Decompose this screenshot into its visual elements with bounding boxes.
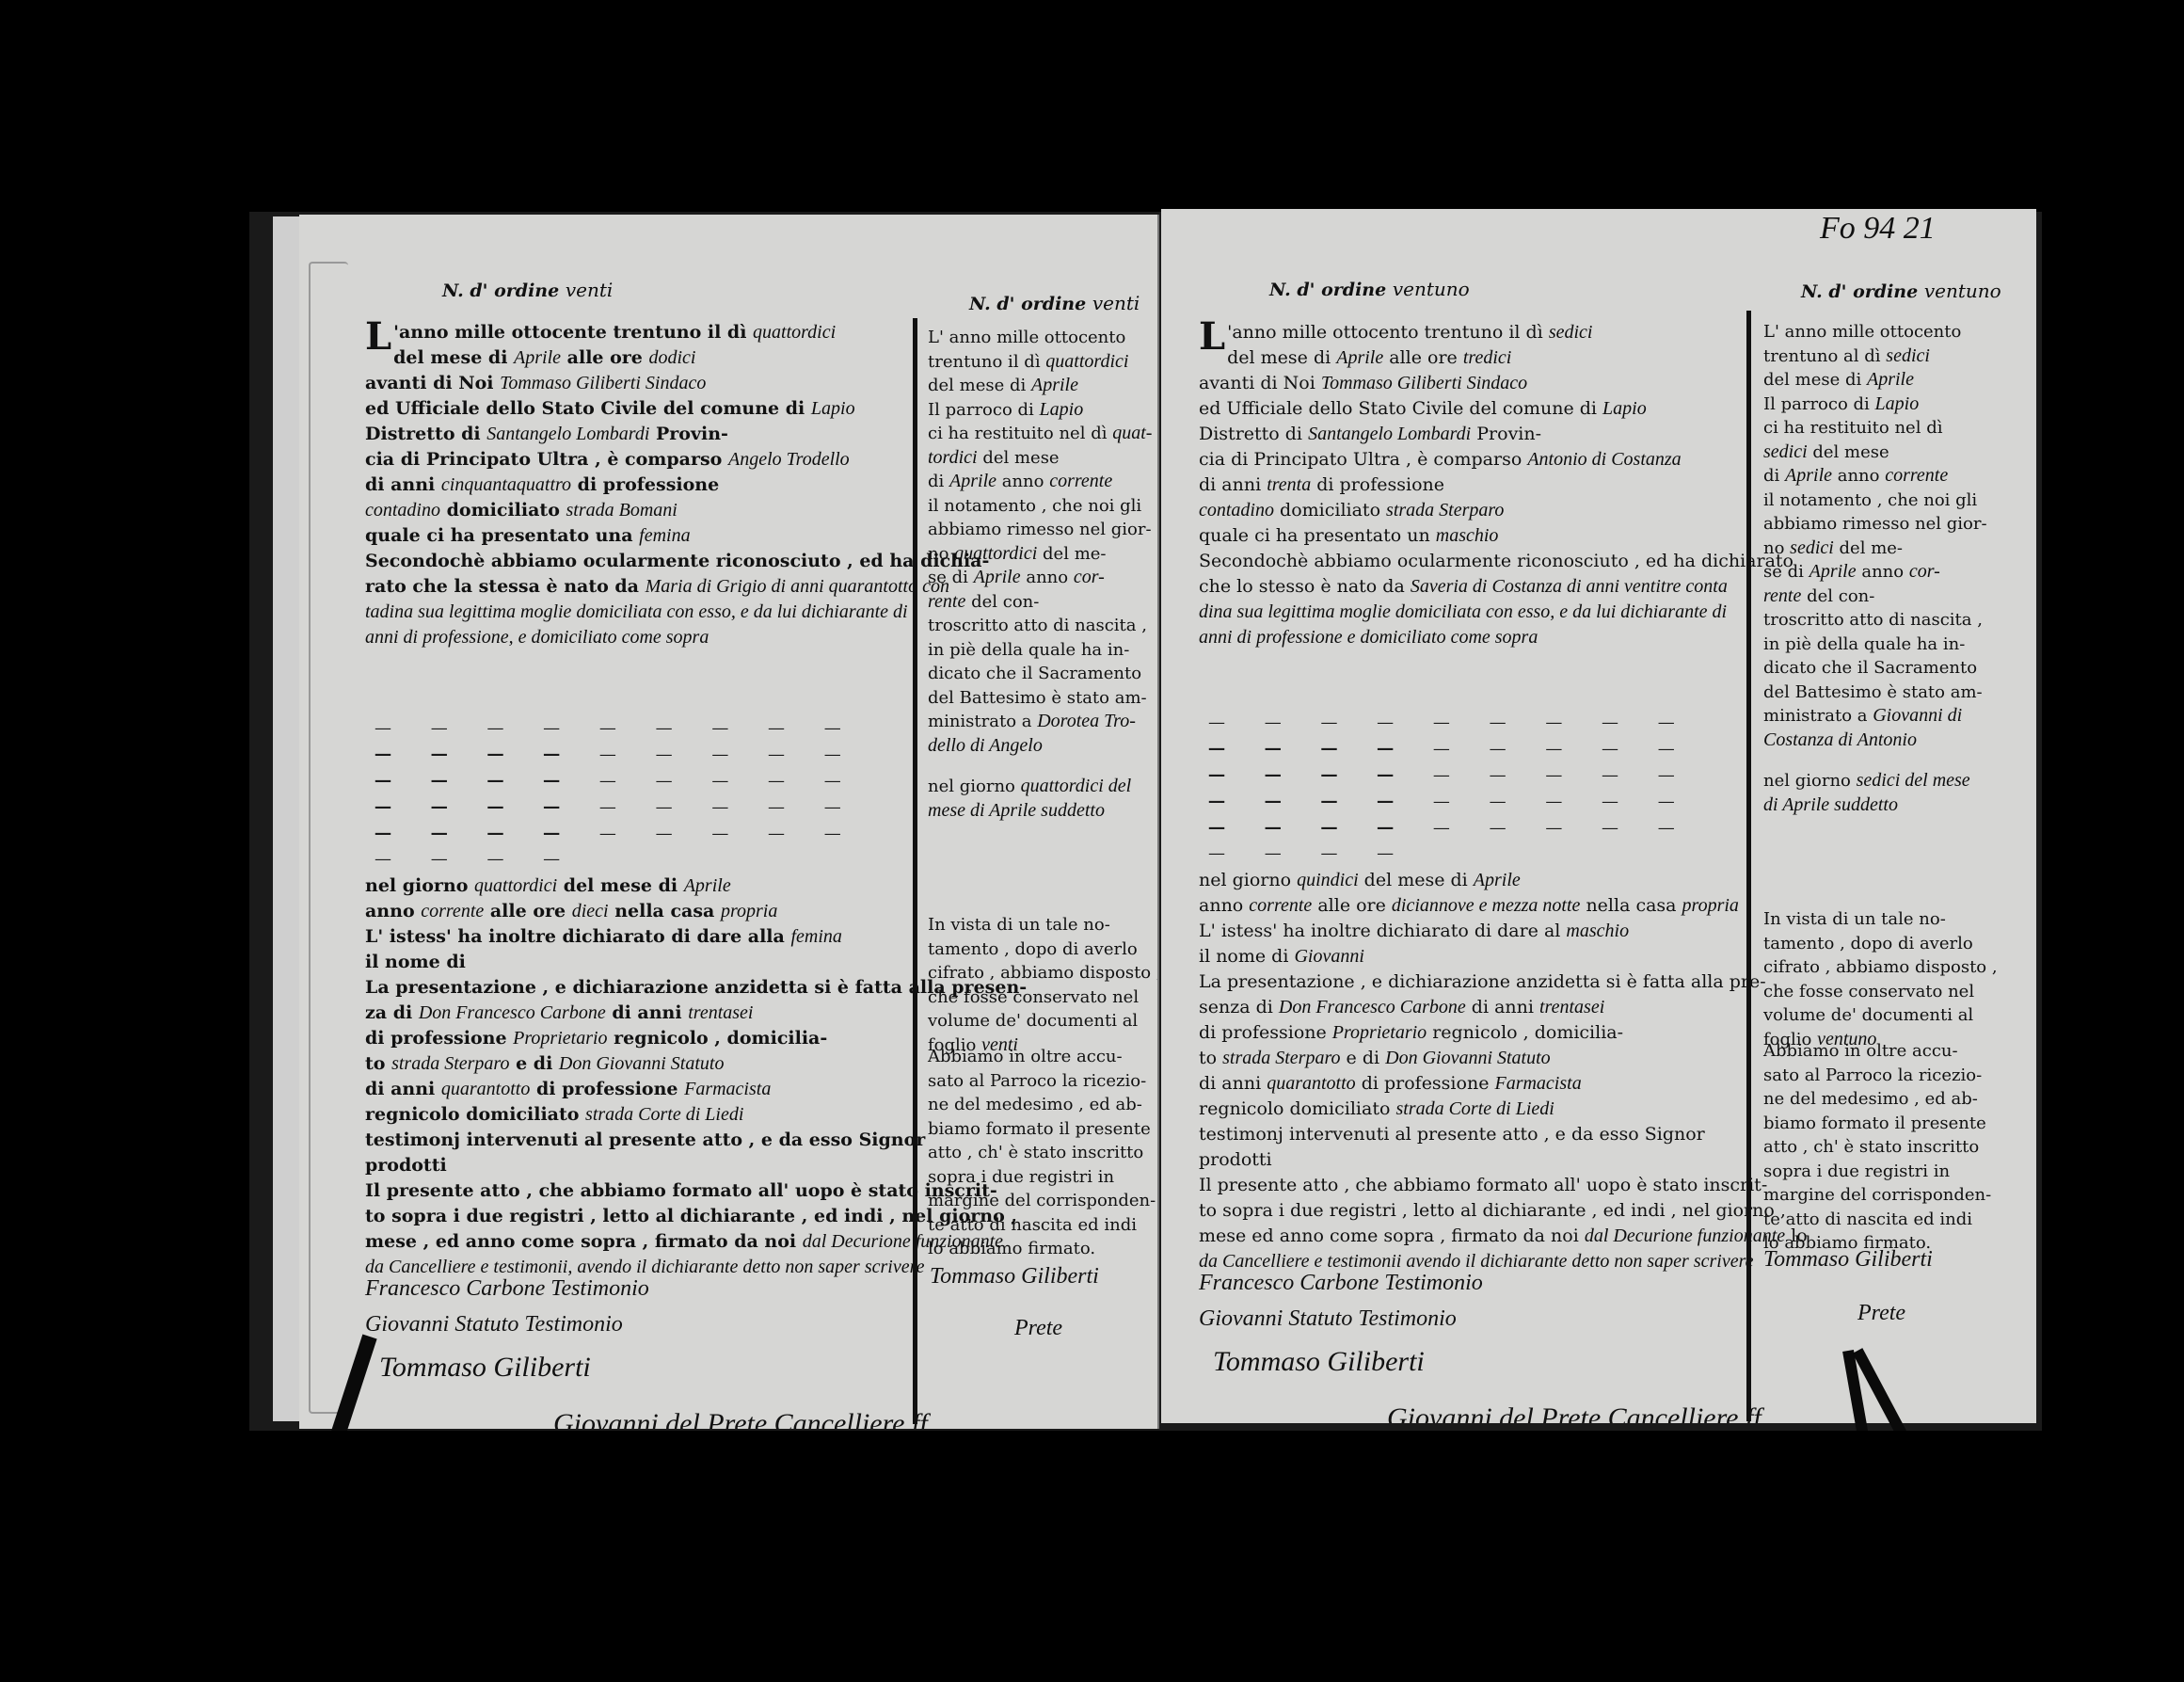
handwritten-entry: cinquantaquattro <box>441 474 571 495</box>
right-main-blank-dashes <box>1199 708 1745 840</box>
record-line: ci ha restituito nel dì <box>1763 416 1994 441</box>
handwritten-entry: quat- <box>1112 423 1152 443</box>
handwritten-entry: strada Sterparo <box>1222 1048 1340 1068</box>
printed-text: di anni <box>365 1079 441 1099</box>
right-margin-record: L' anno mille ottocentotrentuno al dì se… <box>1763 320 1994 752</box>
handwritten-entry: propria <box>1682 895 1739 916</box>
signature: Giovanni Statuto Testimonio <box>1199 1306 1457 1332</box>
printed-line: margine del corrisponden- <box>1763 1183 1994 1208</box>
handwritten-entry: quarantotto <box>1267 1073 1355 1094</box>
printed-text: che lo stesso è nato da <box>1199 576 1411 597</box>
printed-text: ci ha restituito nel dì <box>1763 418 1942 438</box>
printed-text: di professione <box>1199 1022 1332 1043</box>
handwritten-entry: diciannove e mezza notte <box>1392 895 1581 916</box>
record-line: mese di Aprile suddetto <box>928 799 1149 824</box>
printed-line: Abbiamo in oltre accu- <box>1763 1039 1994 1064</box>
record-line: del mese di Aprile <box>928 374 1149 398</box>
printed-text: mese ed anno come sopra , firmato da noi <box>1199 1225 1585 1246</box>
printed-text: alle ore <box>561 347 648 368</box>
right-margin-abbiamo: Abbiamo in oltre accu-sato al Parroco la… <box>1763 1039 1994 1256</box>
printed-text: anno <box>996 472 1049 491</box>
handwritten-entry: Aprile <box>974 567 1021 587</box>
printed-text: quale ci ha presentato una <box>365 525 639 546</box>
record-line: ci ha restituito nel dì quat- <box>928 422 1149 446</box>
printed-text: del con- <box>965 592 1039 612</box>
record-line: contadino domiciliato strada Bomani <box>365 498 901 523</box>
printed-text: testimonj intervenuti al presente atto ,… <box>365 1129 925 1150</box>
signature: Tommaso Giliberti <box>379 1352 591 1384</box>
printed-line: volume de' documenti al <box>928 1009 1149 1033</box>
printed-text: alle ore <box>1383 347 1463 368</box>
record-line: cia di Principato Ultra , è comparso Ant… <box>1199 447 1745 473</box>
right-margin-signature-prete: Prete <box>1857 1301 1905 1326</box>
record-line: di anni quarantotto di professione Farma… <box>1199 1071 1754 1097</box>
printed-text: prodotti <box>365 1155 447 1176</box>
handwritten-entry: Farmacista <box>1494 1073 1581 1094</box>
printed-text: domiciliato <box>1274 500 1386 521</box>
handwritten-entry: Proprietario <box>513 1028 607 1049</box>
printed-text: ed Ufficiale dello Stato Civile del comu… <box>1199 398 1602 419</box>
printed-text: Secondochè abbiamo ocularmente riconosci… <box>365 551 989 571</box>
record-line: il nome di Giovanni <box>1199 944 1754 969</box>
printed-text: se di <box>1763 562 1809 582</box>
handwritten-entry: contadino <box>1199 500 1274 521</box>
handwritten-entry: anni di professione, e domiciliato come … <box>365 627 709 648</box>
signature: Giovanni del Prete Cancelliere ff. <box>1387 1402 1768 1423</box>
printed-text: nel giorno <box>365 875 474 896</box>
record-line: ed Ufficiale dello Stato Civile del comu… <box>1199 396 1745 422</box>
record-line: avanti di Noi Tommaso Giliberti Sindaco <box>1199 371 1745 396</box>
handwritten-entry: quattordici <box>753 322 836 343</box>
record-line: testimonj intervenuti al presente atto ,… <box>1199 1122 1754 1147</box>
printed-text: anno <box>1832 466 1885 486</box>
printed-text: no <box>928 544 954 564</box>
printed-text: di anni <box>1199 474 1267 495</box>
printed-text: Il presente atto , che abbiamo formato a… <box>1199 1175 1767 1195</box>
handwritten-entry: Aprile <box>1474 870 1521 890</box>
printed-text: di professione <box>365 1028 513 1049</box>
handwritten-entry: Tommaso Giliberti Sindaco <box>1321 373 1527 393</box>
printed-text: nel giorno <box>1199 870 1297 890</box>
blank-dash-line <box>1199 734 1745 761</box>
signature: Francesco Carbone Testimonio <box>365 1276 649 1302</box>
printed-text: nel giorno <box>1763 771 1857 791</box>
printed-line: lo abbiamo firmato. <box>928 1237 1149 1261</box>
printed-line: sopra i due registri in <box>928 1165 1149 1190</box>
record-line: di professione Proprietario regnicolo , … <box>365 1026 901 1051</box>
printed-text: Distretto di <box>365 424 486 444</box>
handwritten-entry: Maria di Grigio di anni quarantotto con <box>646 576 949 597</box>
printed-text: nella casa <box>1580 895 1682 916</box>
record-line: il notamento , che noi gli <box>928 494 1149 519</box>
printed-text: za di <box>365 1002 419 1023</box>
record-line: prodotti <box>365 1153 901 1178</box>
printed-line: cifrato , abbiamo disposto , <box>1763 955 1994 980</box>
printed-text: del mese di <box>557 875 684 896</box>
blank-dash-line <box>1199 761 1745 787</box>
printed-line: biamo formato il presente <box>1763 1112 1994 1136</box>
record-line: dicato che il Sacramento <box>1763 656 1994 681</box>
record-line: del mese di Aprile alle ore tredici <box>1199 345 1745 371</box>
printed-text: L' istess' ha inoltre dichiarato di dare… <box>1199 921 1566 941</box>
printed-text: abbiamo rimesso nel gior- <box>928 520 1152 539</box>
handwritten-entry: sedici <box>1886 345 1930 366</box>
printed-text: trentuno il dì <box>928 352 1045 372</box>
handwritten-entry: Aprile <box>1031 375 1078 395</box>
handwritten-entry: quarantotto <box>441 1079 530 1099</box>
printed-line: atto , ch' è stato inscritto <box>928 1141 1149 1165</box>
record-line: L' anno mille ottocento <box>928 326 1149 350</box>
handwritten-entry: Don Giovanni Statuto <box>1385 1048 1551 1068</box>
record-line: Distretto di Santangelo Lombardi Provin- <box>365 422 901 447</box>
handwritten-entry: Aprile <box>1809 561 1857 582</box>
printed-text: del mese di <box>1359 870 1474 890</box>
printed-text: in piè della quale ha in- <box>928 640 1129 660</box>
printed-text: cia di Principato Ultra , è comparso <box>365 449 728 470</box>
printed-text: nel giorno <box>928 777 1021 796</box>
handwritten-entry: quindici <box>1297 870 1359 890</box>
record-line: nel giorno quattordici del mese di April… <box>365 873 901 899</box>
handwritten-entry: strada Corte di Liedi <box>585 1104 743 1125</box>
record-line: ministrato a Dorotea Tro- <box>928 710 1149 734</box>
record-line: regnicolo domiciliato strada Corte di Li… <box>1199 1097 1754 1122</box>
record-line: in piè della quale ha in- <box>1763 633 1994 657</box>
record-line: mese , ed anno come sopra , firmato da n… <box>365 1229 901 1255</box>
blank-dash-line <box>1199 813 1745 840</box>
record-line: contadino domiciliato strada Sterparo <box>1199 498 1745 523</box>
printed-text: Provin- <box>1471 424 1541 444</box>
handwritten-entry: Angelo Trodello <box>728 449 850 470</box>
record-line: di professione Proprietario regnicolo , … <box>1199 1020 1754 1046</box>
printed-line: margine del corrisponden- <box>928 1189 1149 1213</box>
record-line: troscritto atto di nascita , <box>928 614 1149 638</box>
handwritten-entry: Antonio di Costanza <box>1527 449 1681 470</box>
printed-text: di professione <box>571 474 719 495</box>
record-line: no sedici del me- <box>1763 537 1994 561</box>
blank-dash-line <box>365 713 901 740</box>
printed-text: di anni <box>606 1002 689 1023</box>
record-line: di anni quarantotto di professione Farma… <box>365 1077 901 1102</box>
handwritten-entry: sedici del mese <box>1857 770 1970 791</box>
printed-text: alle ore <box>484 901 571 921</box>
printed-text: il nome di <box>365 952 466 972</box>
printed-text: rato che la stessa è nato da <box>365 576 646 597</box>
handwritten-entry: Santangelo Lombardi <box>486 424 649 444</box>
record-line: dina sua legittima moglie domiciliata co… <box>1199 600 1745 625</box>
printed-line: volume de' documenti al <box>1763 1003 1994 1028</box>
handwritten-entry: dodici <box>649 347 696 368</box>
handwritten-entry: strada Bomani <box>566 500 678 521</box>
printed-text: quale ci ha presentato un <box>1199 525 1436 546</box>
left-margin-visto: In vista di un tale no-tamento , dopo di… <box>928 913 1149 1057</box>
printed-line: In vista di un tale no- <box>1763 907 1994 932</box>
printed-text: ministrato a <box>1763 706 1873 726</box>
printed-line: ne del medesimo , ed ab- <box>1763 1087 1994 1112</box>
signature: Giovanni del Prete Cancelliere ff. <box>553 1408 934 1429</box>
record-line: di Aprile anno corrente <box>928 470 1149 494</box>
record-line: anni di professione, e domiciliato come … <box>365 625 901 650</box>
handwritten-entry: quattordici <box>954 543 1037 564</box>
record-line: Il presente atto , che abbiamo formato a… <box>1199 1173 1754 1198</box>
printed-text: La presentazione , e dichiarazione anzid… <box>1199 971 1766 992</box>
right-page: Fo 94 21 N. d' ordine ventuno L'anno mil… <box>1161 209 2036 1423</box>
printed-text: domiciliato <box>440 500 566 521</box>
record-line: trentuno al dì sedici <box>1763 344 1994 369</box>
printed-text: Secondochè abbiamo ocularmente riconosci… <box>1199 551 1793 571</box>
handwritten-entry: quattordici <box>474 875 557 896</box>
handwritten-entry: Tommaso Giliberti Sindaco <box>500 373 706 393</box>
handwritten-entry: dieci <box>572 901 609 921</box>
printed-text: di professione <box>1356 1073 1495 1094</box>
handwritten-entry: Dorotea Tro- <box>1037 711 1136 731</box>
record-line: di Aprile anno corrente <box>1763 464 1994 489</box>
handwritten-entry: Costanza di Antonio <box>1763 729 1917 750</box>
left-main-record-top: L'anno mille ottocente trentuno il dì qu… <box>365 320 901 650</box>
left-margin-header: N. d' ordine venti <box>969 292 1140 314</box>
handwritten-entry: tordici <box>928 447 978 468</box>
handwritten-entry: Lapio <box>1875 393 1920 414</box>
printed-text: to sopra i due registri , letto al dichi… <box>1199 1200 1786 1221</box>
record-line: quale ci ha presentato una femina <box>365 523 901 549</box>
printed-line: In vista di un tale no- <box>928 913 1149 937</box>
record-line: prodotti <box>1199 1147 1754 1173</box>
record-line: L'anno mille ottocente trentuno il dì qu… <box>365 320 901 345</box>
printed-text: to <box>1199 1048 1222 1068</box>
right-main-record-top: L'anno mille ottocento trentuno il dì se… <box>1199 320 1745 650</box>
record-line: il nome di <box>365 950 901 975</box>
printed-text: senza di <box>1199 997 1279 1017</box>
signature: Francesco Carbone Testimonio <box>1199 1271 1483 1296</box>
printed-text: no <box>1763 538 1790 558</box>
printed-text: ed Ufficiale dello Stato Civile del comu… <box>365 398 811 419</box>
printed-text: del mese di <box>1763 370 1867 390</box>
printed-text: anno <box>1199 895 1249 916</box>
printed-text: cia di Principato Ultra , è comparso <box>1199 449 1527 470</box>
printed-text: mese , ed anno come sopra , firmato da n… <box>365 1231 803 1252</box>
record-line: Il parroco di Lapio <box>1763 392 1994 417</box>
blank-dash-line <box>365 819 901 845</box>
record-line: anno corrente alle ore diciannove e mezz… <box>1199 893 1754 919</box>
record-line: nel giorno sedici del mese <box>1763 769 1994 793</box>
drop-cap: L <box>365 320 391 354</box>
printed-text: abbiamo rimesso nel gior- <box>1763 514 1987 534</box>
handwritten-entry: contadino <box>365 500 440 521</box>
blank-dash-line <box>1199 787 1745 813</box>
record-line: del Battesimo è stato am- <box>1763 681 1994 705</box>
right-margin-day: nel giorno sedici del mesedi Aprile sudd… <box>1763 769 1994 817</box>
printed-text: di <box>928 472 949 491</box>
handwritten-entry: Aprile <box>684 875 731 896</box>
printed-text: Il parroco di <box>1763 394 1875 414</box>
printed-text: prodotti <box>1199 1149 1272 1170</box>
printed-line: che fosse conservato nel <box>1763 980 1994 1004</box>
printed-text: alle ore <box>1312 895 1392 916</box>
handwritten-entry: dina sua legittima moglie domiciliata co… <box>1199 601 1727 622</box>
printed-text: to sopra i due registri , letto al dichi… <box>365 1206 1017 1226</box>
record-line: regnicolo domiciliato strada Corte di Li… <box>365 1102 901 1128</box>
record-line: se di Aprile anno cor- <box>1763 560 1994 585</box>
record-line: trentuno il dì quattordici <box>928 350 1149 375</box>
blank-dash-line <box>1199 708 1745 734</box>
printed-text: to <box>365 1053 391 1074</box>
printed-line: te atto di nascita ed indi <box>928 1213 1149 1238</box>
handwritten-entry: tadina sua legittima moglie domiciliata … <box>365 601 908 622</box>
record-line: troscritto atto di nascita , <box>1763 608 1994 633</box>
handwritten-entry: tredici <box>1463 347 1511 368</box>
printed-text: di anni <box>365 474 441 495</box>
left-page: N. d' ordine venti L'anno mille ottocent… <box>299 215 1159 1429</box>
handwritten-entry: Lapio <box>811 398 855 419</box>
handwritten-entry: maschio <box>1566 921 1629 941</box>
record-line: to sopra i due registri , letto al dichi… <box>365 1204 901 1229</box>
printed-line: sato al Parroco la ricezio- <box>928 1069 1149 1094</box>
printed-text: il nome di <box>1199 946 1294 967</box>
record-line: rente del con- <box>1763 585 1994 609</box>
column-divider <box>913 318 917 1424</box>
record-line: il notamento , che noi gli <box>1763 489 1994 513</box>
printed-text: ci ha restituito nel dì <box>928 424 1112 443</box>
printed-text: di anni <box>1199 1073 1267 1094</box>
handwritten-entry: corrente <box>421 901 484 921</box>
record-line: Il parroco di Lapio <box>928 398 1149 423</box>
printed-text: nella casa <box>609 901 721 921</box>
record-line: Costanza di Antonio <box>1763 729 1994 753</box>
printed-text: e di <box>1341 1048 1386 1068</box>
right-main-header: N. d' ordine ventuno <box>1269 278 1470 300</box>
handwritten-entry: Don Francesco Carbone <box>1279 997 1466 1017</box>
record-line: se di Aprile anno cor- <box>928 566 1149 590</box>
handwritten-entry: femina <box>790 926 841 947</box>
handwritten-entry: anni di professione e domiciliato come s… <box>1199 627 1538 648</box>
handwritten-entry: trenta <box>1267 474 1311 495</box>
handwritten-entry: quattordici del <box>1021 776 1132 796</box>
record-line: di anni cinquantaquattro di professione <box>365 473 901 498</box>
handwritten-entry: corrente <box>1885 465 1948 486</box>
right-main-record-bottom: nel giorno quindici del mese di Aprilean… <box>1199 868 1754 1274</box>
record-line: nel giorno quindici del mese di Aprile <box>1199 868 1754 893</box>
record-line: Secondochè abbiamo ocularmente riconosci… <box>1199 549 1745 574</box>
printed-text: 'anno mille ottocento trentuno il dì <box>1227 322 1549 343</box>
printed-text: anno <box>1857 562 1909 582</box>
left-margin-signature-prete: Prete <box>1014 1316 1062 1341</box>
handwritten-entry: Saveria di Costanza di anni ventitre con… <box>1411 576 1728 597</box>
record-line: L' istess' ha inoltre dichiarato di dare… <box>365 924 901 950</box>
handwritten-entry: strada Corte di Liedi <box>1395 1098 1554 1119</box>
handwritten-entry: mese di Aprile suddetto <box>928 800 1105 821</box>
record-line: che lo stesso è nato da Saveria di Costa… <box>1199 574 1745 600</box>
printed-text: e di <box>509 1053 558 1074</box>
signature: Giovanni Statuto Testimonio <box>365 1312 623 1338</box>
printed-text: del mese di <box>393 347 514 368</box>
record-line: nel giorno quattordici del <box>928 775 1149 799</box>
printed-text: Provin- <box>649 424 728 444</box>
printed-text: se di <box>928 568 974 587</box>
printed-line: tamento , dopo di averlo <box>928 937 1149 962</box>
background-dark <box>0 1431 2184 1682</box>
handwritten-entry: Lapio <box>1040 399 1084 420</box>
folio-mark: Fo 94 21 <box>1820 211 1936 247</box>
left-margin-signature-sindaco: Tommaso Giliberti <box>930 1264 1099 1290</box>
left-margin-abbiamo: Abbiamo in oltre accu-sato al Parroco la… <box>928 1045 1149 1261</box>
printed-text: troscritto atto di nascita , <box>1763 610 1983 630</box>
record-line: ed Ufficiale dello Stato Civile del comu… <box>365 396 901 422</box>
record-line: cia di Principato Ultra , è comparso Ang… <box>365 447 901 473</box>
record-line: no quattordici del me- <box>928 542 1149 567</box>
record-line: za di Don Francesco Carbone di anni tren… <box>365 1001 901 1026</box>
right-margin-header: N. d' ordine ventuno <box>1801 280 2001 302</box>
handwritten-entry: maschio <box>1436 525 1499 546</box>
record-line: Il presente atto , che abbiamo formato a… <box>365 1178 901 1204</box>
printed-text: del con- <box>1801 586 1874 606</box>
printed-text: del mese di <box>1227 347 1336 368</box>
handwritten-entry: Giovanni di <box>1873 705 1962 726</box>
handwritten-entry: dello di Angelo <box>928 735 1043 756</box>
record-line: La presentazione , e dichiarazione anzid… <box>365 975 901 1001</box>
printed-text: Distretto di <box>1199 424 1308 444</box>
printed-text: troscritto atto di nascita , <box>928 616 1147 635</box>
record-line: del mese di Aprile alle ore dodici <box>365 345 901 371</box>
printed-line: ne del medesimo , ed ab- <box>928 1093 1149 1117</box>
printed-text: Il presente atto , che abbiamo formato a… <box>365 1180 997 1201</box>
printed-text: L' anno mille ottocento <box>928 328 1125 347</box>
handwritten-entry: corrente <box>1049 471 1112 491</box>
printed-text: dicato che il Sacramento <box>1763 658 1977 678</box>
printed-text: il notamento , che noi gli <box>1763 490 1977 510</box>
printed-text: trentuno al dì <box>1763 346 1886 366</box>
handwritten-entry: propria <box>721 901 777 921</box>
printed-text: ministrato a <box>928 712 1037 731</box>
printed-text: anno <box>1021 568 1074 587</box>
handwritten-entry: rente <box>928 591 965 612</box>
record-line: anni di professione e domiciliato come s… <box>1199 625 1745 650</box>
printed-line: atto , ch' è stato inscritto <box>1763 1135 1994 1160</box>
record-line: dicato che il Sacramento <box>928 662 1149 686</box>
handwritten-entry: da Cancelliere e testimonii avendo il di… <box>1199 1251 1754 1272</box>
printed-line: tamento , dopo di averlo <box>1763 932 1994 956</box>
handwritten-entry: Don Francesco Carbone <box>419 1002 606 1023</box>
handwritten-entry: Santangelo Lombardi <box>1308 424 1471 444</box>
printed-text: regnicolo , domicilia- <box>608 1028 828 1049</box>
record-line: quale ci ha presentato un maschio <box>1199 523 1745 549</box>
handwritten-entry: cor- <box>1909 561 1940 582</box>
printed-line: che fosse conservato nel <box>928 985 1149 1010</box>
record-line: rato che la stessa è nato da Maria di Gr… <box>365 574 901 600</box>
record-line: avanti di Noi Tommaso Giliberti Sindaco <box>365 371 901 396</box>
handwritten-entry: di Aprile suddetto <box>1763 794 1898 815</box>
record-line: dello di Angelo <box>928 734 1149 759</box>
record-line: Secondochè abbiamo ocularmente riconosci… <box>365 549 901 574</box>
handwritten-entry: strada Sterparo <box>1386 500 1504 521</box>
printed-text: dicato che il Sacramento <box>928 664 1141 683</box>
printed-text: avanti di Noi <box>1199 373 1321 393</box>
printed-line: Abbiamo in oltre accu- <box>928 1045 1149 1069</box>
record-line: tadina sua legittima moglie domiciliata … <box>365 600 901 625</box>
printed-text: regnicolo , domicilia- <box>1427 1022 1623 1043</box>
record-line: Distretto di Santangelo Lombardi Provin- <box>1199 422 1745 447</box>
record-line: to strada Sterparo e di Don Giovanni Sta… <box>1199 1046 1754 1071</box>
handwritten-entry: Aprile <box>1336 347 1383 368</box>
printed-text: regnicolo domiciliato <box>365 1104 585 1125</box>
record-line: sedici del mese <box>1763 441 1994 465</box>
handwritten-entry: Giovanni <box>1294 946 1363 967</box>
handwritten-entry: rente <box>1763 585 1801 606</box>
record-line: testimonj intervenuti al presente atto ,… <box>365 1128 901 1153</box>
printed-text: 'anno mille ottocente trentuno il dì <box>393 322 753 343</box>
printed-text: Il parroco di <box>928 400 1040 420</box>
handwritten-entry: corrente <box>1249 895 1312 916</box>
record-line: anno corrente alle ore dieci nella casa … <box>365 899 901 924</box>
record-line: to sopra i due registri , letto al dichi… <box>1199 1198 1754 1224</box>
